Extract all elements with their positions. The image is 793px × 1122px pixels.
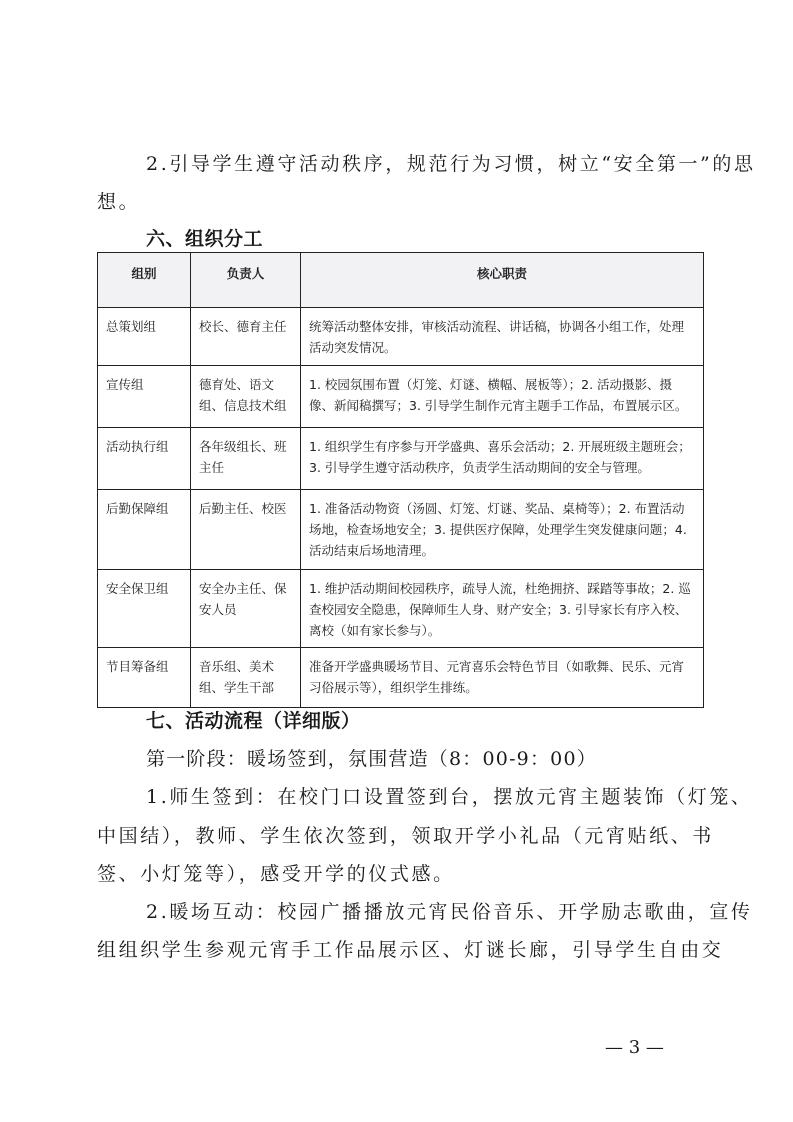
paragraph-line: 组组织学生参观元宵手工作品展示区、灯谜长廊，引导学生自由交 [97,941,723,960]
paragraph-line: 想。 [97,193,140,212]
cell-group: 后勤保障组 [98,490,191,570]
paragraph-line: 中国结），教师、学生依次签到，领取开学小礼品（元宵贴纸、书 [97,827,714,846]
table-row: 后勤保障组 后勤主任、校医 1. 准备活动物资（汤圆、灯笼、灯谜、奖品、桌椅等）… [98,490,704,570]
cell-group: 宣传组 [98,366,191,428]
cell-lead: 后勤主任、校医 [191,490,301,570]
paragraph-line: 签、小灯笼等），感受开学的仪式感。 [97,865,455,884]
organization-table: 组别 负责人 核心职责 总策划组 校长、德育主任 统筹活动整体安排，审核活动流程… [97,252,704,708]
paragraph-line: 1.师生签到：在校门口设置签到台，摆放元宵主题装饰（灯笼、 [146,788,753,807]
cell-group: 节目筹备组 [98,648,191,708]
table-row: 总策划组 校长、德育主任 统筹活动整体安排，审核活动流程、讲话稿，协调各小组工作… [98,308,704,366]
column-header-duty: 核心职责 [301,253,704,308]
cell-lead: 各年级组长、班主任 [191,428,301,490]
cell-duty: 1. 校园氛围布置（灯笼、灯谜、横幅、展板等）；2. 活动摄影、摄像、新闻稿撰写… [301,366,704,428]
stage-heading: 第一阶段：暖场签到，氛围营造（8：00-9：00） [146,750,597,769]
column-header-group: 组别 [98,253,191,308]
cell-duty: 1. 准备活动物资（汤圆、灯笼、灯谜、奖品、桌椅等）；2. 布置活动场地，检查场… [301,490,704,570]
cell-group: 活动执行组 [98,428,191,490]
cell-lead: 音乐组、美术组、学生干部 [191,648,301,708]
cell-lead: 德育处、语文组、信息技术组 [191,366,301,428]
cell-lead: 校长、德育主任 [191,308,301,366]
table-row: 安全保卫组 安全办主任、保安人员 1. 维护活动期间校园秩序，疏导人流，杜绝拥挤… [98,570,704,648]
cell-group: 安全保卫组 [98,570,191,648]
cell-duty: 准备开学盛典暖场节目、元宵喜乐会特色节目（如歌舞、民乐、元宵习俗展示等），组织学… [301,648,704,708]
column-header-lead: 负责人 [191,253,301,308]
section-heading-7: 七、活动流程（详细版） [146,712,361,731]
cell-duty: 1. 维护活动期间校园秩序，疏导人流，杜绝拥挤、踩踏等事故；2. 巡查校园安全隐… [301,570,704,648]
page-number: — 3 — [605,1037,664,1058]
cell-lead: 安全办主任、保安人员 [191,570,301,648]
table-row: 宣传组 德育处、语文组、信息技术组 1. 校园氛围布置（灯笼、灯谜、横幅、展板等… [98,366,704,428]
paragraph-line: 2.引导学生遵守活动秩序，规范行为习惯，树立“安全第一”的思 [146,155,756,174]
cell-duty: 统筹活动整体安排，审核活动流程、讲话稿，协调各小组工作，处理活动突发情况。 [301,308,704,366]
table-row: 节目筹备组 音乐组、美术组、学生干部 准备开学盛典暖场节目、元宵喜乐会特色节目（… [98,648,704,708]
table-header-row: 组别 负责人 核心职责 [98,253,704,308]
cell-group: 总策划组 [98,308,191,366]
section-heading-6: 六、组织分工 [146,230,263,249]
table-row: 活动执行组 各年级组长、班主任 1. 组织学生有序参与开学盛典、喜乐会活动；2.… [98,428,704,490]
paragraph-line: 2.暖场互动：校园广播播放元宵民俗音乐、开学励志歌曲，宣传 [146,903,753,922]
cell-duty: 1. 组织学生有序参与开学盛典、喜乐会活动；2. 开展班级主题班会；3. 引导学… [301,428,704,490]
